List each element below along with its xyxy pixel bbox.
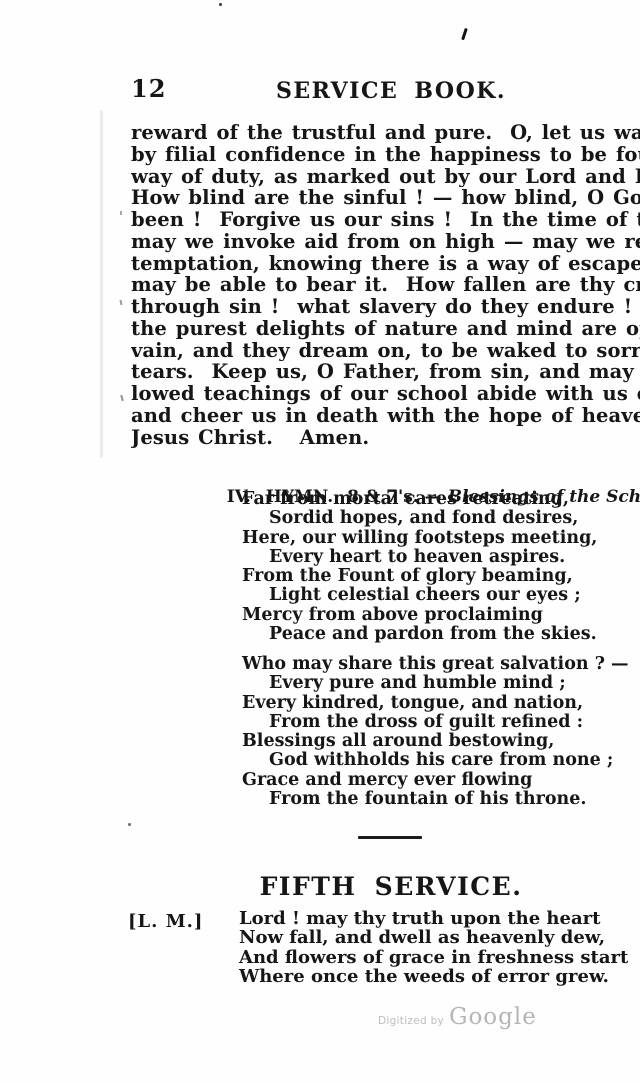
verse-line: Light celestial cheers our eyes ; <box>269 586 597 605</box>
scan-artifact-speck <box>120 211 122 215</box>
service-stanza: Lord ! may thy truth upon the heart Now … <box>239 909 628 986</box>
scan-artifact-speck <box>128 823 131 826</box>
hymn-stanza-2: Who may share this great salvation ? — E… <box>242 655 629 809</box>
verse-line: Far from mortal cares retreating, <box>242 490 597 509</box>
verse-line: Grace and mercy ever flowing <box>242 771 629 790</box>
fifth-service-heading: FIFTH SERVICE. <box>130 872 640 901</box>
watermark-prefix: Digitized by <box>378 1015 444 1027</box>
prose-line: lowed teachings of our school abide with… <box>131 383 640 405</box>
verse-line: Lord ! may thy truth upon the heart <box>239 909 628 928</box>
scan-artifact-slash <box>461 28 467 40</box>
digitized-watermark: Digitized byGoogle <box>378 1004 537 1030</box>
verse-line: Who may share this great salvation ? — <box>242 655 629 674</box>
book-page-scan: 12 SERVICE BOOK. reward of the trustful … <box>0 0 640 1083</box>
prose-line: may we invoke aid from on high — may we … <box>131 231 640 253</box>
running-title: SERVICE BOOK. <box>130 78 640 104</box>
google-logo: Google <box>449 1004 537 1030</box>
prose-line: How blind are the sinful ! — how blind, … <box>131 187 640 209</box>
verse-line: From the Fount of glory beaming, <box>242 567 597 586</box>
prose-line: through sin ! what slavery do they endur… <box>131 296 640 318</box>
prose-line: and cheer us in death with the hope of h… <box>131 405 640 427</box>
prose-line: way of duty, as marked out by our Lord a… <box>131 166 640 188</box>
verse-line: Every kindred, tongue, and nation, <box>242 694 629 713</box>
verse-line: Every pure and humble mind ; <box>269 674 629 693</box>
verse-line: Now fall, and dwell as heavenly dew, <box>239 928 628 947</box>
verse-line: Every heart to heaven aspires. <box>269 548 597 567</box>
prose-line: Jesus Christ. Amen. <box>131 427 640 449</box>
prose-line: may be able to bear it. How fallen are t… <box>131 274 640 296</box>
verse-line: Where once the weeds of error grew. <box>239 967 628 986</box>
verse-line: God withholds his care from none ; <box>269 751 629 770</box>
section-divider <box>358 836 422 839</box>
prose-line: vain, and they dream on, to be waked to … <box>131 340 640 362</box>
verse-line: From the fountain of his throne. <box>269 790 629 809</box>
prose-line: temptation, knowing there is a way of es… <box>131 253 640 275</box>
verse-line: Peace and pardon from the skies. <box>269 625 597 644</box>
verse-line: Blessings all around bestowing, <box>242 732 629 751</box>
verse-line: Mercy from above proclaiming <box>242 606 597 625</box>
hymn-stanza-1: Far from mortal cares retreating, Sordid… <box>242 490 597 644</box>
verse-line: From the dross of guilt refined : <box>269 713 629 732</box>
prose-line: the purest delights of nature and mind a… <box>131 318 640 340</box>
verse-line: And flowers of grace in freshness start <box>239 948 628 967</box>
gutter-shadow <box>100 110 103 458</box>
prose-line: been ! Forgive us our sins ! In the time… <box>131 209 640 231</box>
prose-line: reward of the trustful and pure. O, let … <box>131 122 640 144</box>
prose-line: by filial confidence in the happiness to… <box>131 144 640 166</box>
verse-line: Here, our willing footsteps meeting, <box>242 529 597 548</box>
verse-line: Sordid hopes, and fond desires, <box>269 509 597 528</box>
meter-mark: [L. M.] <box>128 911 203 932</box>
scan-artifact-speck <box>120 300 123 305</box>
scan-artifact-dot <box>219 3 222 6</box>
prose-line: tears. Keep us, O Father, from sin, and … <box>131 361 640 383</box>
scan-artifact-speck <box>120 395 123 401</box>
prose-paragraph: reward of the trustful and pure. O, let … <box>131 122 640 448</box>
